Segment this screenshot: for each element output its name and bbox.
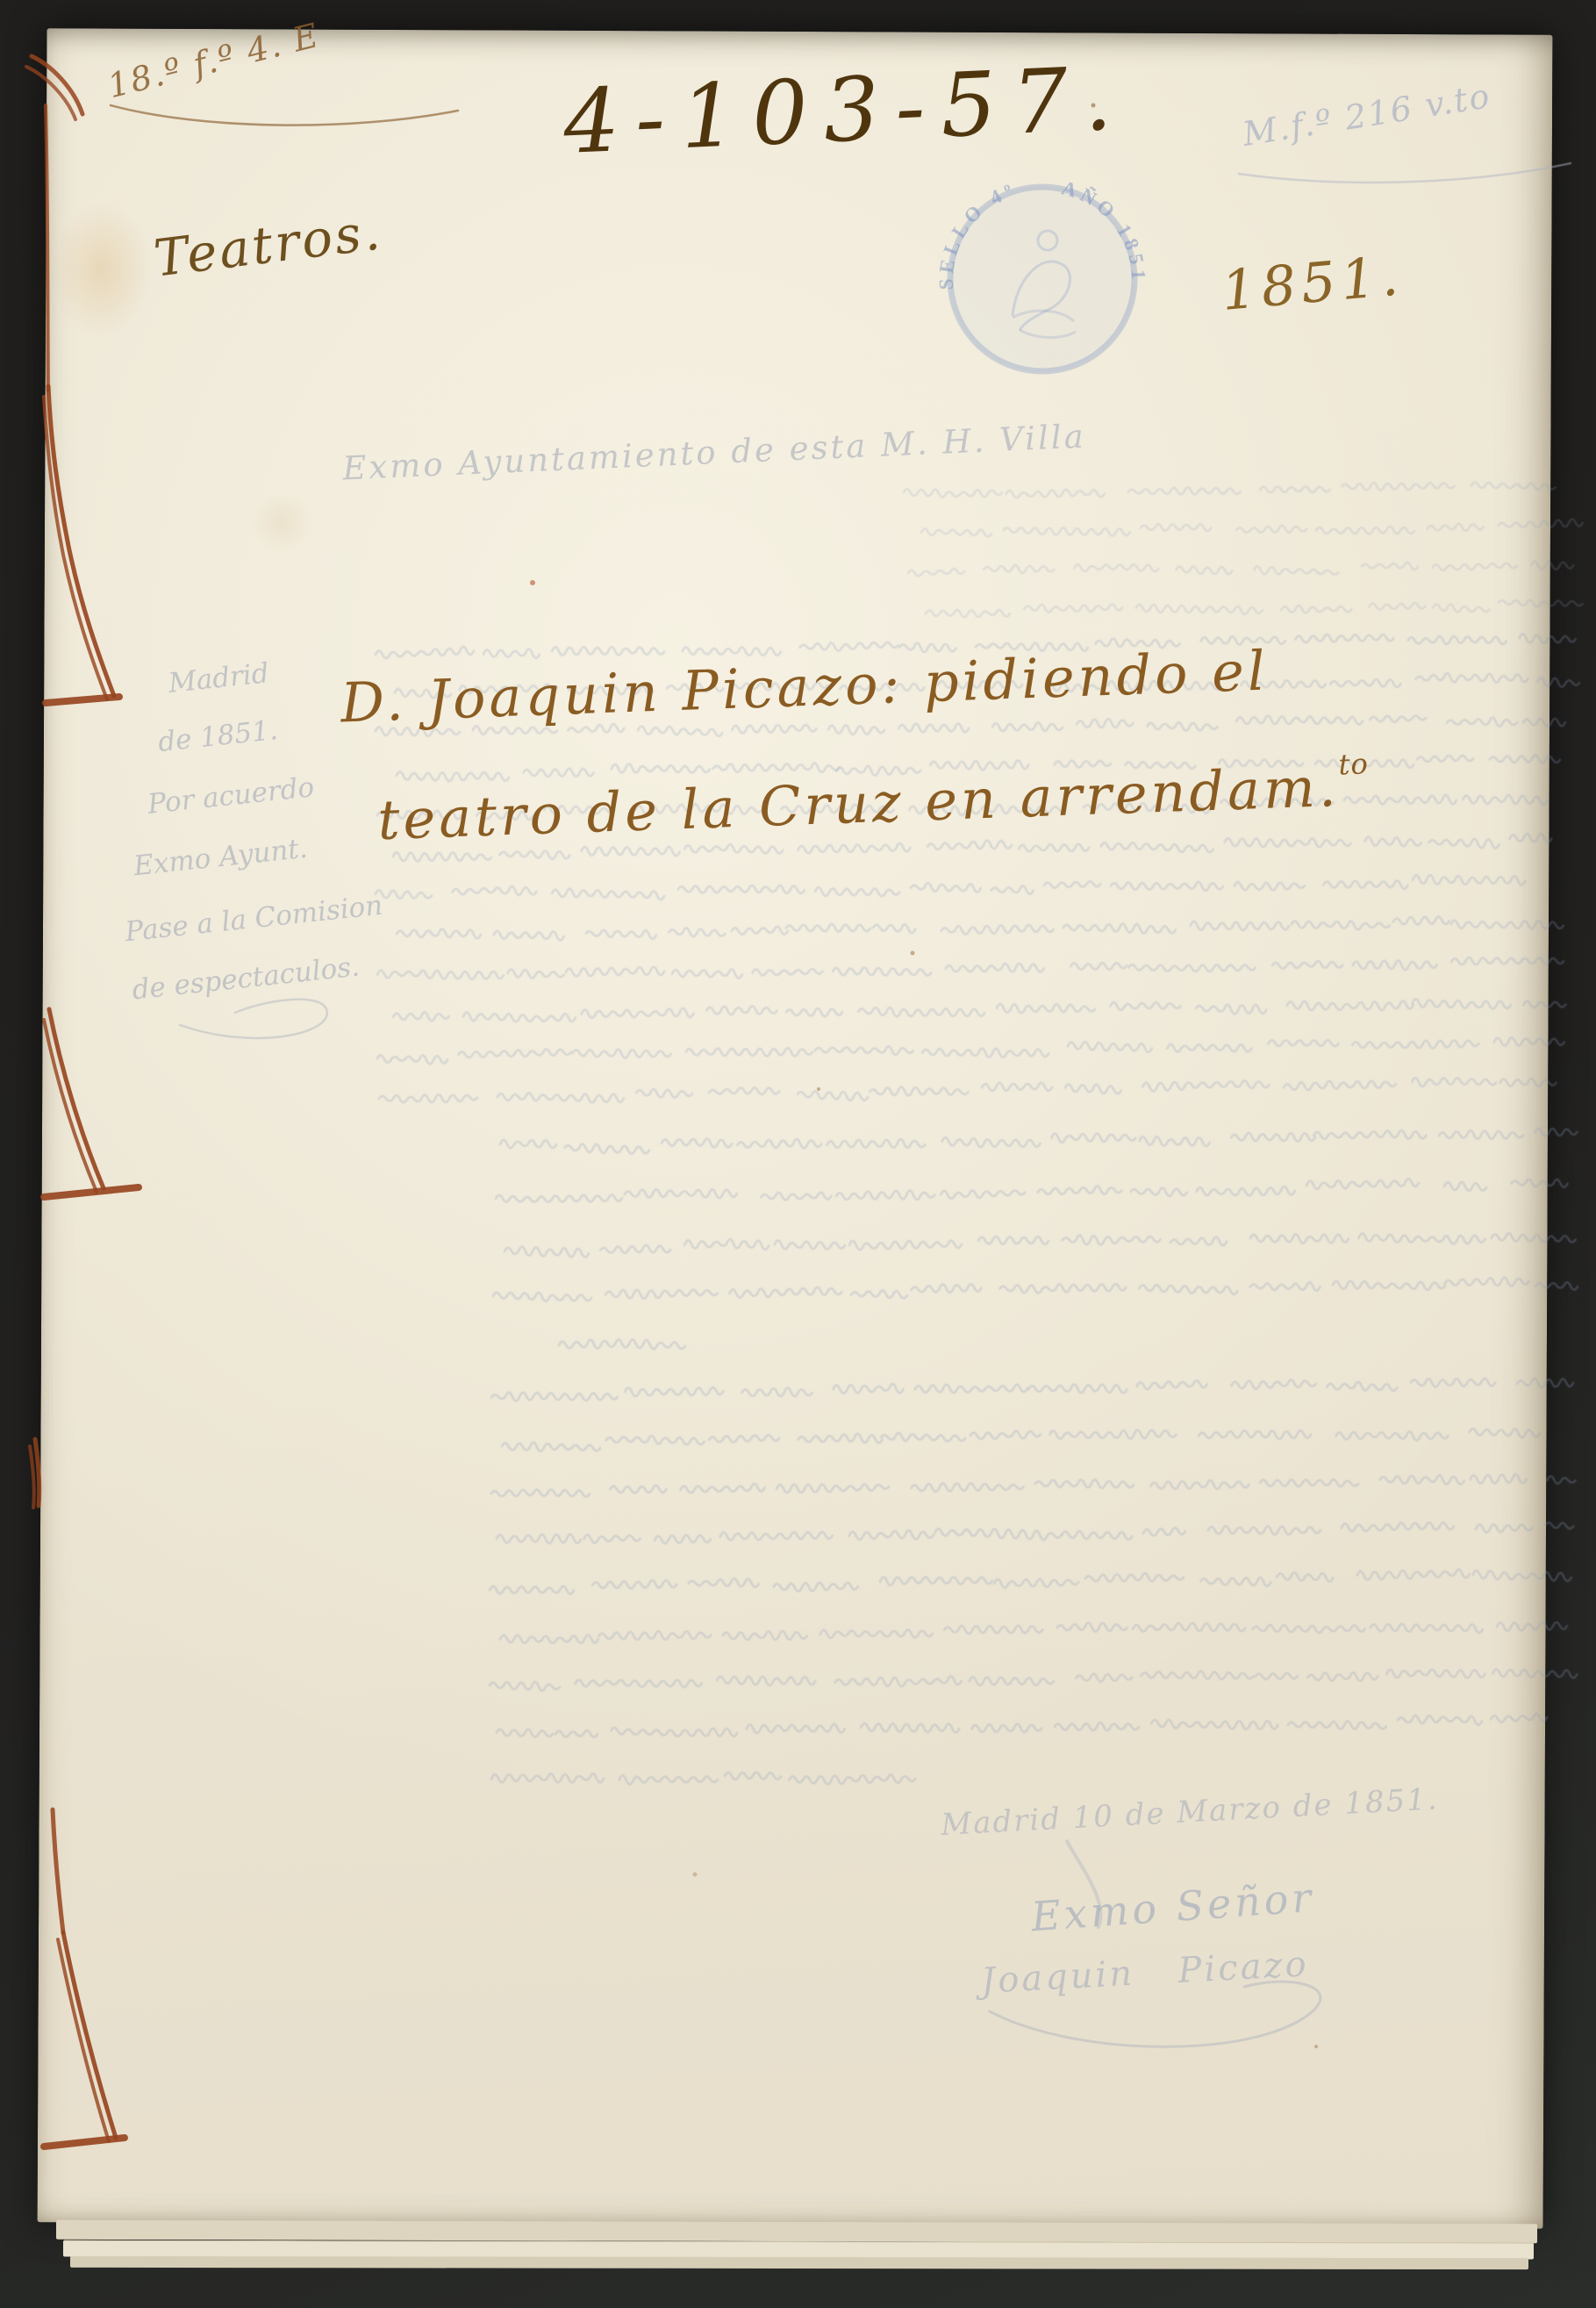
- docket-title-superscript: to: [1338, 747, 1370, 781]
- decor-stroke: [44, 2138, 125, 2147]
- decor-stroke: [30, 1446, 34, 1508]
- paper-speck: [817, 1087, 820, 1091]
- paper-speck: [530, 580, 535, 585]
- year-label: 1851.: [1220, 248, 1406, 319]
- sello-cuarto-1851-stamp: SELLO 4º AÑO 1851: [928, 165, 1156, 393]
- paper-speck: [911, 951, 915, 956]
- paper-speck: [1314, 2045, 1318, 2048]
- decor-stroke: [53, 1810, 63, 1932]
- decor-stroke: [26, 67, 75, 119]
- paper-speck: [693, 1873, 698, 1877]
- decor-stroke: [44, 1020, 97, 1192]
- call-number: 4-103-57.: [562, 54, 1129, 167]
- decor-stroke: [49, 1009, 104, 1188]
- decor-stroke: [48, 386, 114, 696]
- decor-stroke: [111, 105, 458, 125]
- binding-cords-layer: [0, 0, 1596, 2308]
- decor-stroke: [44, 1187, 139, 1197]
- decor-stroke: [32, 56, 82, 114]
- decor-stroke: [1239, 163, 1571, 183]
- decor-stroke: [46, 105, 48, 391]
- document-scan: SELLO 4º AÑO 1851 18.º f.º 4. E 4-103-57…: [0, 0, 1596, 2308]
- decor-stroke: [58, 1939, 109, 2141]
- decor-stroke: [180, 1000, 327, 1038]
- decor-stroke: [46, 697, 119, 703]
- decor-stroke: [63, 1932, 116, 2138]
